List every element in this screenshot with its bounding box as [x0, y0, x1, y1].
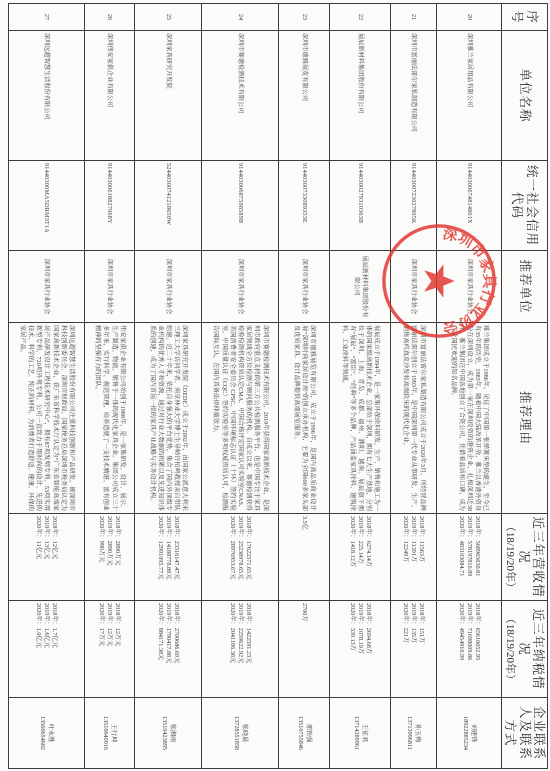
contact-phone: 13714289961 [352, 700, 360, 766]
recommender: 深圳市家具行业协会 [8, 251, 84, 323]
header-company-name: 单位名称 [501, 31, 547, 161]
company-name: 展辰新材料集团股份有限公司 [329, 31, 390, 161]
tax-line: 2020年：49454910.99 [457, 603, 465, 695]
revenue-line: 2019年：25238978.65元 [236, 516, 244, 598]
revenue-cell: 2018年：23316147.47元2019年：14188778.88元2020… [134, 514, 201, 601]
tax-line: 2020年：2041186.38元 [228, 603, 236, 695]
table-row: 23深圳市德雅展览有限公司91440300733089353E深圳市家具行业协会… [278, 4, 329, 769]
tax-line: 2018年：65610652.95 [473, 603, 481, 695]
header-credit-code: 统一社会信用代码 [501, 161, 547, 251]
recommender: 深圳市家具行业协会 [84, 251, 134, 323]
company-name: 深圳市赛德检测技术有限公司 [201, 31, 278, 161]
revenue-line: 2020年：990万元 [97, 516, 105, 598]
recommend-reason: 深圳市德雅展览有限公司，成立于1996年，是国内高品质商业设计展“深圳时尚家居设… [278, 323, 329, 514]
tax-cell: 2018年：65610652.952019年：71698009.862020年：… [436, 601, 501, 698]
revenue-line: 3.5亿 [300, 516, 308, 598]
contact-cell: 王行坤13510640916 [84, 698, 134, 769]
revenue-line: 2020年：1418.12万 [348, 516, 356, 598]
revenue-line: 2020年：12249万 [401, 516, 409, 598]
tax-line: 2018年：12万元 [113, 603, 121, 695]
revenue-line: 2018年：11563万 [417, 516, 425, 598]
company-name: 深圳伟安家俱企业有限公司 [84, 31, 134, 161]
recommender: 深圳市家具行业协会 [201, 251, 278, 323]
tax-cell: 2018年：1.7亿元2019年：1.6亿元2020年：1.0亿元 [8, 601, 84, 698]
revenue-cell: 2018年：17622571.65元2019年：25238978.65元2020… [201, 514, 278, 601]
revenue-line: 2018年：568965630.81 [473, 516, 481, 598]
contact-cell: 邢铁强13510755846 [278, 698, 329, 769]
revenue-line: 2018年：17622571.65元 [244, 516, 252, 598]
contact-phone: 13728551858 [232, 700, 240, 766]
tax-line: 2018年：151万 [417, 603, 425, 695]
tax-line: 2700万 [300, 603, 308, 695]
table-row: 24深圳市赛德检测技术有限公司91440300687598589B深圳市家具行业… [201, 4, 278, 769]
credit-code: 91440300279310363B [329, 161, 390, 251]
recommender: 深圳市家具行业协会 [436, 251, 501, 323]
revenue-cell: 2018年：12亿元2019年：13亿元2020年：11亿元 [8, 514, 84, 601]
company-name: 深圳雅兰家居用品有限公司 [436, 31, 501, 161]
recommend-reason: 伟安家俱企业有限公司始创于1988年，是一家集研发、设计、展示、生产制造、物流、… [84, 323, 134, 514]
revenue-cell: 2018年：568965630.812019年：578197810.892020… [436, 514, 501, 601]
table-body: 20深圳雅兰家居用品有限公司91440300674814801X深圳市家具行业协… [8, 4, 501, 769]
contact-name: 张湘雨 [168, 700, 176, 766]
company-name: 深圳市富丽法雷尔家私制造有限公司 [390, 31, 436, 161]
tax-line: 2019年：1790417.88元 [164, 603, 172, 695]
row-serial-number: 23 [278, 4, 329, 31]
recommend-reason: 深圳市赛德检测技术有限公司，2019年获得国家高新技术企业，是深圳市政府重点支持… [201, 323, 278, 514]
company-name: 深圳家具研究开发院 [134, 31, 201, 161]
header-row: 序号 单位名称 统一社会信用代码 推荐单位 推荐理由 近三年营收情况（18/19… [501, 4, 547, 769]
recommend-reason: 深圳市富丽法雷尔家私制造有限公司成立于2020年3月，所经营品牌富丽法雷尔创立于… [390, 323, 436, 514]
tax-line: 2018年：2700686.69元 [172, 603, 180, 695]
contact-name: 王征君 [360, 700, 368, 766]
recommend-reason: 深圳远超智慧生活股份有限公司注重科技创新和产品研发，被深圳市科技创新委员会、深圳… [8, 323, 84, 514]
revenue-line: 2019年：225.14万 [356, 516, 364, 598]
tax-line: 2019年：71698009.86 [465, 603, 473, 695]
tax-line: 2018年：1.7亿元 [50, 603, 58, 695]
revenue-line: 2020年：28976953.67元 [228, 516, 236, 598]
contact-cell: 刘建锋18922885234 [436, 698, 501, 769]
revenue-line: 2019年：11391万 [409, 516, 417, 598]
revenue-cell: 2018年：2890万元2019年：2890万元2020年：990万元 [84, 514, 134, 601]
contact-name: 王行坤 [109, 700, 117, 766]
row-serial-number: 21 [390, 4, 436, 31]
recommend-reason: 雅兰集团成立于1986年，见证了中国第一张弹簧床垫的诞生，至今已有35年的历史。… [436, 323, 501, 514]
header-serial-number: 序号 [501, 4, 547, 31]
revenue-line: 2018年：23316147.47元 [172, 516, 180, 598]
contact-cell: 孙玉梅13713996811 [390, 698, 436, 769]
revenue-line: 2019年：578197810.89 [465, 516, 473, 598]
table-row: 22展辰新材料集团股份有限公司91440300279310363B展辰新材料集团… [329, 4, 390, 769]
table-row: 27深圳远超智慧生活股份有限公司91440300MA5DRM3T1A深圳市家具行… [8, 4, 84, 769]
row-serial-number: 20 [436, 4, 501, 31]
tax-line: 2019年：1.6亿元 [42, 603, 50, 695]
revenue-line: 2019年：13亿元 [42, 516, 50, 598]
tax-line: 2020年：339.13万 [348, 603, 356, 695]
contact-phone: 13510423895 [160, 700, 168, 766]
contact-phone: 18922885234 [461, 700, 469, 766]
revenue-line: 2019年：14188778.88元 [164, 516, 172, 598]
row-serial-number: 26 [84, 4, 134, 31]
credit-code: 91440300733089353E [278, 161, 329, 251]
revenue-line: 2020年：483103084.71 [457, 516, 465, 598]
tax-line: 2018年：1422591.23元 [244, 603, 252, 695]
header-revenue: 近三年营收情况（18/19/20年） [501, 514, 547, 601]
contact-phone: 13560654682 [38, 700, 46, 766]
contact-name: 孙玉梅 [413, 700, 421, 766]
tax-cell: 2018年：2694.68万2019年：1078.19万2020年：339.13… [329, 601, 390, 698]
contact-phone: 13510640916 [101, 700, 109, 766]
tax-line: 2019年：2259622.92元 [236, 603, 244, 695]
credit-code: 91440300618827068Y [84, 161, 134, 251]
recommend-reason: 深圳家具研究开发院（DEDE）成立于2002年，由国家公派意大利米兰理工大学访问… [134, 323, 201, 514]
table-header: 序号 单位名称 统一社会信用代码 推荐单位 推荐理由 近三年营收情况（18/19… [501, 4, 547, 769]
recommender: 深圳市家具行业协会 [134, 251, 201, 323]
header-recommender: 推荐单位 [501, 251, 547, 323]
revenue-line: 2018年：2890万元 [113, 516, 121, 598]
credit-code: 91440300723027805K [390, 161, 436, 251]
revenue-cell: 2018年：6274.14万2019年：225.14万2020年：1418.12… [329, 514, 390, 601]
contact-cell: 叶永胜13560654682 [8, 698, 84, 769]
revenue-line: 2020年：12991095.77元 [156, 516, 164, 598]
tax-line: 2018年：2694.68万 [364, 603, 372, 695]
tax-line: 2020年：17万元 [97, 603, 105, 695]
contact-name: 张晓晨 [240, 700, 248, 766]
tax-cell: 2700万 [278, 601, 329, 698]
revenue-cell: 2018年：11563万2019年：11391万2020年：12249万 [390, 514, 436, 601]
tax-cell: 2018年：1422591.23元2019年：2259622.92元2020年：… [201, 601, 278, 698]
contact-name: 叶永胜 [46, 700, 54, 766]
header-reason: 推荐理由 [501, 323, 547, 514]
contact-phone: 13713996811 [405, 700, 413, 766]
revenue-cell: 3.5亿 [278, 514, 329, 601]
row-serial-number: 27 [8, 4, 84, 31]
tax-line: 2019年：135万 [409, 603, 417, 695]
credit-code: 91440300674814801X [436, 161, 501, 251]
tax-line: 2019年：12万元 [105, 603, 113, 695]
credit-code: 91440300MA5DRM3T1A [8, 161, 84, 251]
contact-name: 刘建锋 [469, 700, 477, 766]
revenue-line: 2020年：11亿元 [34, 516, 42, 598]
contact-cell: 张晓晨13728551858 [201, 698, 278, 769]
row-serial-number: 25 [134, 4, 201, 31]
recommender: 深圳市家具行业协会 [390, 251, 436, 323]
credit-code: 52440300741218650W [134, 161, 201, 251]
rotated-document-page: 序号 单位名称 统一社会信用代码 推荐单位 推荐理由 近三年营收情况（18/19… [0, 0, 550, 771]
revenue-line: 2018年：12亿元 [50, 516, 58, 598]
revenue-line: 2019年：2890万元 [105, 516, 113, 598]
recommendation-table: 序号 单位名称 统一社会信用代码 推荐单位 推荐理由 近三年营收情况（18/19… [8, 3, 548, 769]
table-row: 21深圳市富丽法雷尔家私制造有限公司91440300723027805K深圳市家… [390, 4, 436, 769]
company-name: 深圳市德雅展览有限公司 [278, 31, 329, 161]
table-row: 20深圳雅兰家居用品有限公司91440300674814801X深圳市家具行业协… [436, 4, 501, 769]
credit-code: 91440300687598589B [201, 161, 278, 251]
company-name: 深圳远超智慧生活股份有限公司 [8, 31, 84, 161]
tax-line: 2019年：1078.19万 [356, 603, 364, 695]
tax-line: 2020年：221万 [401, 603, 409, 695]
recommender: 深圳市家具行业协会 [278, 251, 329, 323]
tax-line: 2020年：1.0亿元 [34, 603, 42, 695]
table-row: 25深圳家具研究开发院52440300741218650W深圳市家具行业协会深圳… [134, 4, 201, 769]
tax-cell: 2018年：2700686.69元2019年：1790417.88元2020年：… [134, 601, 201, 698]
recommend-reason: 展辰成立于1994年，是一家集环保涂料研发、生产、销售和施工为一体的国家级高新技… [329, 323, 390, 514]
contact-name: 邢铁强 [304, 700, 312, 766]
row-serial-number: 24 [201, 4, 278, 31]
header-contact: 企业联系人及联系方式 [501, 698, 547, 769]
header-tax: 近三年纳税情况（18/19/20年） [501, 601, 547, 698]
contact-cell: 王征君13714289961 [329, 698, 390, 769]
recommender: 展辰新材料集团股份有限公司 [329, 251, 390, 323]
table-row: 26深圳伟安家俱企业有限公司91440300618827068Y深圳市家具行业协… [84, 4, 134, 769]
row-serial-number: 22 [329, 4, 390, 31]
tax-cell: 2018年：12万元2019年：12万元2020年：17万元 [84, 601, 134, 698]
contact-phone: 13510755846 [296, 700, 304, 766]
revenue-line: 2018年：6274.14万 [364, 516, 372, 598]
tax-line: 2020年：884171.38元 [156, 603, 164, 695]
contact-cell: 张湘雨13510423895 [134, 698, 201, 769]
tax-cell: 2018年：151万2019年：135万2020年：221万 [390, 601, 436, 698]
